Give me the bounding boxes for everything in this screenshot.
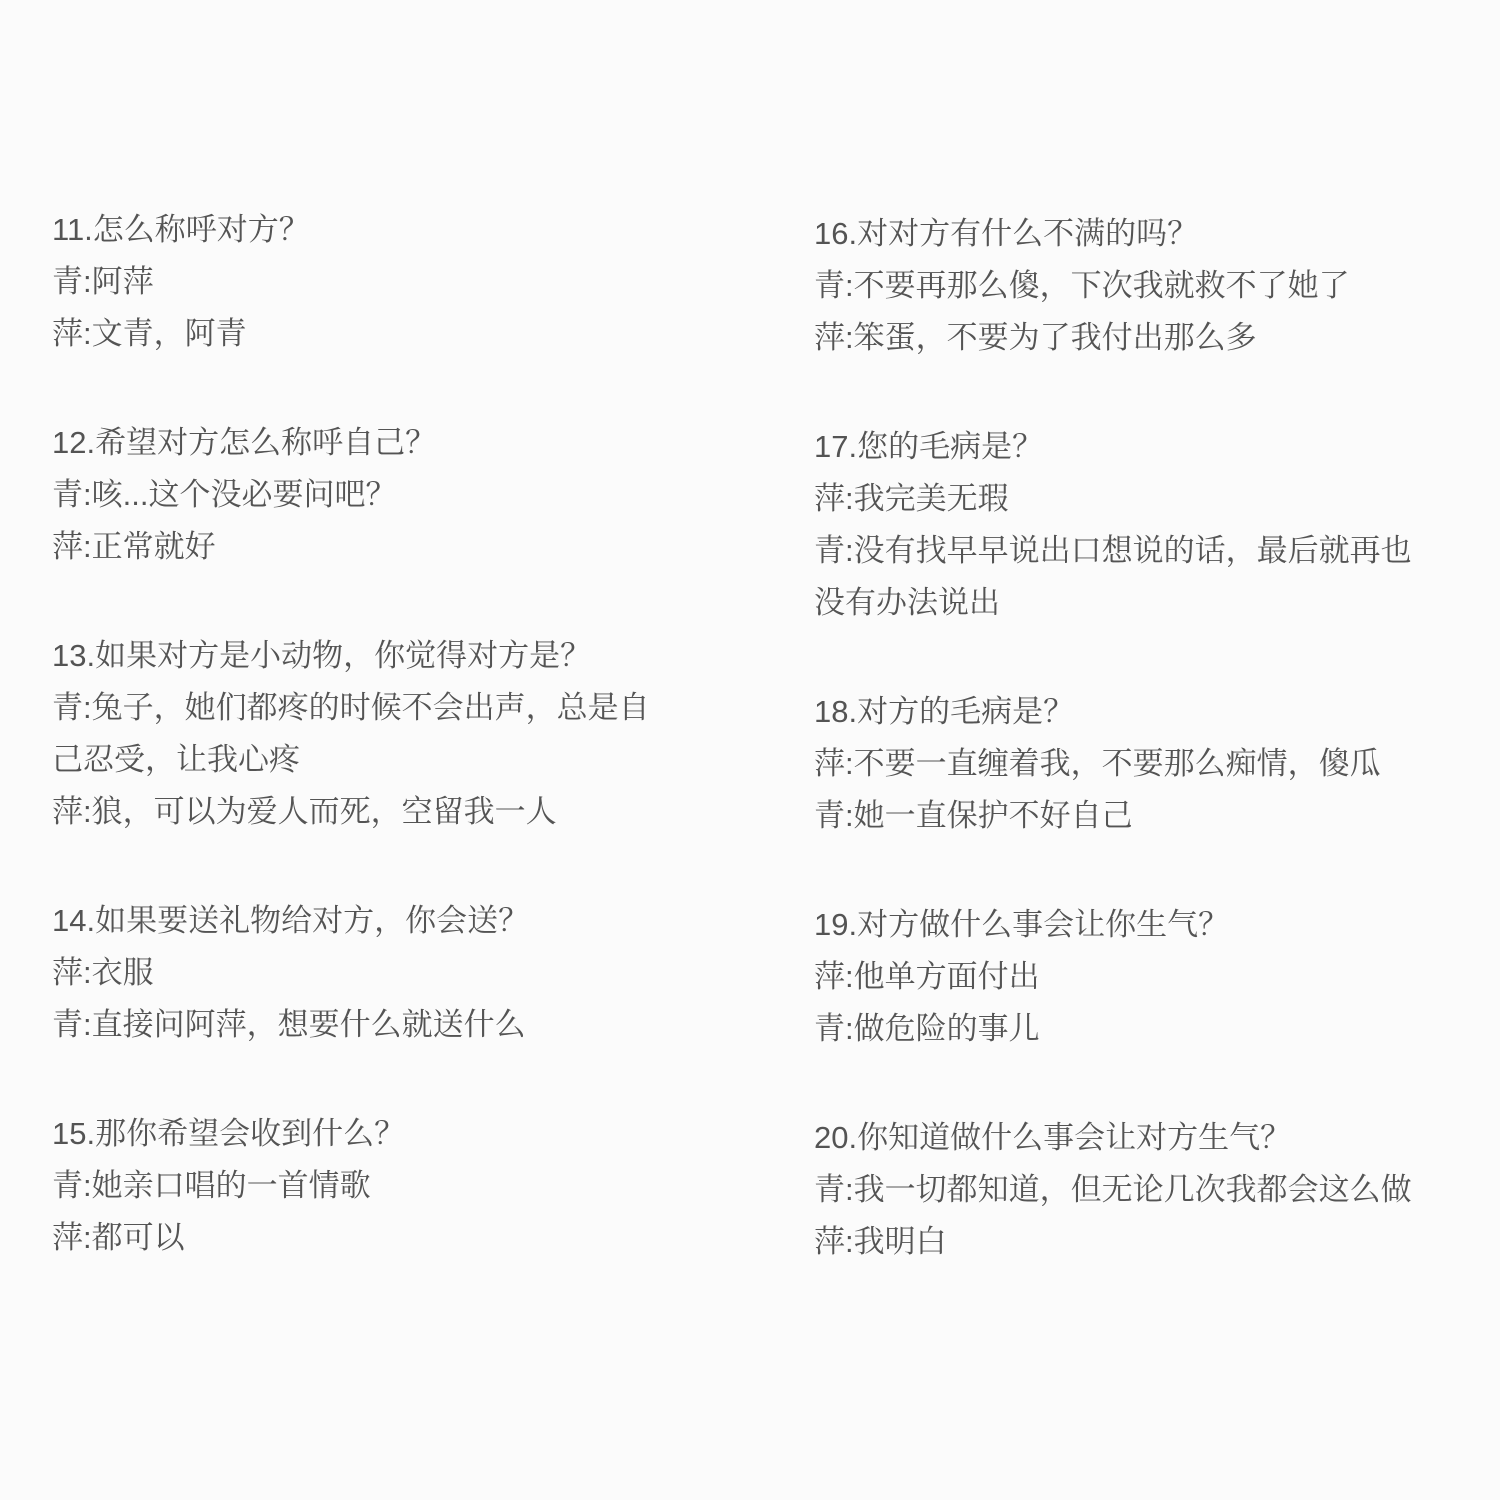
answer-line: 萍:正常就好	[52, 521, 676, 573]
answer-line: 萍:衣服	[52, 947, 676, 999]
question-line: 17.您的毛病是？	[814, 421, 1438, 473]
answer-line: 萍:我完美无瑕	[814, 473, 1438, 525]
answer-line: 萍:狼，可以为爱人而死，空留我一人	[52, 786, 676, 838]
answer-line: 萍:都可以	[52, 1212, 676, 1264]
qa-block-17: 17.您的毛病是？ 萍:我完美无瑕 青:没有找早早说出口想说的话，最后就再也没有…	[814, 421, 1438, 629]
answer-line: 青:她亲口唱的一首情歌	[52, 1160, 676, 1212]
answer-line: 青:兔子，她们都疼的时候不会出声，总是自己忍受，让我心疼	[52, 682, 676, 786]
qa-block-13: 13.如果对方是小动物，你觉得对方是？ 青:兔子，她们都疼的时候不会出声，总是自…	[52, 630, 676, 838]
answer-line: 青:做危险的事儿	[814, 1003, 1438, 1055]
question-line: 16.对对方有什么不满的吗？	[814, 208, 1438, 260]
question-line: 15.那你希望会收到什么？	[52, 1108, 676, 1160]
question-line: 12.希望对方怎么称呼自己？	[52, 417, 676, 469]
qa-block-19: 19.对方做什么事会让你生气？ 萍:他单方面付出 青:做危险的事儿	[814, 899, 1438, 1055]
qa-column-right: 16.对对方有什么不满的吗？ 青:不要再那么傻，下次我就救不了她了 萍:笨蛋，不…	[814, 208, 1438, 1325]
qa-block-12: 12.希望对方怎么称呼自己？ 青:咳...这个没必要问吧？ 萍:正常就好	[52, 417, 676, 573]
qa-column-left: 11.怎么称呼对方？ 青:阿萍 萍:文青，阿青 12.希望对方怎么称呼自己？ 青…	[52, 204, 676, 1321]
answer-line: 青:不要再那么傻，下次我就救不了她了	[814, 260, 1438, 312]
question-line: 14.如果要送礼物给对方，你会送？	[52, 895, 676, 947]
qa-block-11: 11.怎么称呼对方？ 青:阿萍 萍:文青，阿青	[52, 204, 676, 360]
question-line: 11.怎么称呼对方？	[52, 204, 676, 256]
answer-line: 萍:我明白	[814, 1216, 1438, 1268]
question-line: 20.你知道做什么事会让对方生气？	[814, 1112, 1438, 1164]
answer-line: 萍:笨蛋，不要为了我付出那么多	[814, 312, 1438, 364]
question-line: 19.对方做什么事会让你生气？	[814, 899, 1438, 951]
answer-line: 青:咳...这个没必要问吧？	[52, 469, 676, 521]
answer-line: 青:她一直保护不好自己	[814, 790, 1438, 842]
qa-block-16: 16.对对方有什么不满的吗？ 青:不要再那么傻，下次我就救不了她了 萍:笨蛋，不…	[814, 208, 1438, 364]
qa-block-15: 15.那你希望会收到什么？ 青:她亲口唱的一首情歌 萍:都可以	[52, 1108, 676, 1264]
answer-line: 青:阿萍	[52, 256, 676, 308]
document-canvas: 11.怎么称呼对方？ 青:阿萍 萍:文青，阿青 12.希望对方怎么称呼自己？ 青…	[0, 0, 1500, 1500]
answer-line: 萍:他单方面付出	[814, 951, 1438, 1003]
answer-line: 萍:不要一直缠着我，不要那么痴情，傻瓜	[814, 738, 1438, 790]
qa-block-18: 18.对方的毛病是？ 萍:不要一直缠着我，不要那么痴情，傻瓜 青:她一直保护不好…	[814, 686, 1438, 842]
answer-line: 萍:文青，阿青	[52, 308, 676, 360]
question-line: 18.对方的毛病是？	[814, 686, 1438, 738]
answer-line: 青:我一切都知道，但无论几次我都会这么做	[814, 1164, 1438, 1216]
answer-line: 青:没有找早早说出口想说的话，最后就再也没有办法说出	[814, 525, 1438, 629]
qa-block-14: 14.如果要送礼物给对方，你会送？ 萍:衣服 青:直接问阿萍，想要什么就送什么	[52, 895, 676, 1051]
qa-block-20: 20.你知道做什么事会让对方生气？ 青:我一切都知道，但无论几次我都会这么做 萍…	[814, 1112, 1438, 1268]
answer-line: 青:直接问阿萍，想要什么就送什么	[52, 999, 676, 1051]
question-line: 13.如果对方是小动物，你觉得对方是？	[52, 630, 676, 682]
